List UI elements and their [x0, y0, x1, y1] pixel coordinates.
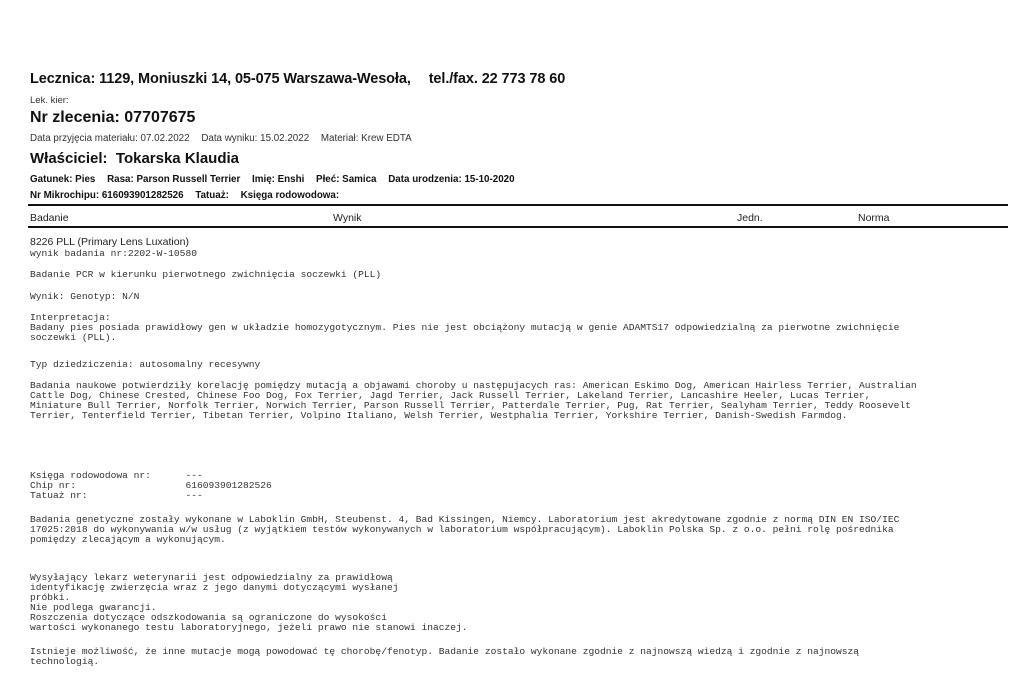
clinic-label: Lecznica: — [30, 71, 95, 87]
animal-breed: Rasa: Parson Russell Terrier — [107, 174, 240, 185]
clinic-address: 1129, Moniuszki 14, 05-075 Warszawa-Weso… — [99, 71, 411, 87]
laboratory-info: Badania genetyczne zostały wykonane w La… — [30, 515, 899, 545]
date-received: Data przyjęcia materiału: 07.02.2022 — [30, 133, 190, 144]
order-number: 07707675 — [124, 109, 195, 126]
date-result: Data wyniku: 15.02.2022 — [201, 133, 309, 144]
order-label: Nr zlecenia: — [30, 109, 120, 126]
clinic-phone: tel./fax. 22 773 78 60 — [429, 71, 565, 87]
pedigree-label: Księga rodowodowa: — [241, 190, 340, 201]
interpretation: Interpretacja: Badany pies posiada prawi… — [30, 313, 899, 343]
column-header-norma: Norma — [858, 212, 890, 224]
order-number-heading: Nr zlecenia: 07707675 — [30, 109, 195, 127]
column-header-jedn: Jedn. — [737, 212, 763, 224]
column-header-badanie: Badanie — [30, 212, 69, 224]
table-header-rule — [28, 226, 1008, 228]
identification-line: Nr Mikrochipu: 616093901282526 Tatuaż: K… — [30, 190, 348, 201]
inheritance-type: Typ dziedziczenia: autosomalny recesywny — [30, 360, 260, 370]
column-header-wynik: Wynik — [333, 212, 362, 224]
table-top-rule — [28, 204, 1008, 206]
genotype-result: Wynik: Genotyp: N/N — [30, 292, 139, 302]
tattoo-label: Tatuaż: — [195, 190, 229, 201]
animal-sex: Płeć: Samica — [316, 174, 376, 185]
test-name: 8226 PLL (Primary Lens Luxation) — [30, 236, 189, 248]
owner-label: Właściciel: — [30, 150, 108, 167]
test-method: Badanie PCR w kierunku pierwotnego zwich… — [30, 270, 381, 280]
animal-info-line: Gatunek: Pies Rasa: Parson Russell Terri… — [30, 174, 524, 185]
affected-breeds: Badania naukowe potwierdziły korelację p… — [30, 381, 917, 421]
clinic-header: Lecznica: 1129, Moniuszki 14, 05-075 War… — [30, 71, 565, 87]
material: Materiał: Krew EDTA — [321, 133, 412, 144]
dates-line: Data przyjęcia materiału: 07.02.2022 Dat… — [30, 133, 421, 144]
animal-species: Gatunek: Pies — [30, 174, 95, 185]
animal-name: Imię: Enshi — [252, 174, 304, 185]
owner-heading: Właściciel: Tokarska Klaudia — [30, 150, 239, 167]
microchip-number: Nr Mikrochipu: 616093901282526 — [30, 190, 184, 201]
lek-kier-label: Lek. kier: — [30, 95, 69, 106]
identifiers-block: Księga rodowodowa nr: --- Chip nr: 61609… — [30, 471, 272, 501]
animal-birth-date: Data urodzenia: 15-10-2020 — [388, 174, 514, 185]
disclaimer: Wysyłający lekarz weterynarii jest odpow… — [30, 573, 468, 633]
closing-note: Istnieje możliwość, że inne mutacje mogą… — [30, 647, 859, 667]
owner-name: Tokarska Klaudia — [116, 150, 239, 167]
result-number: wynik badania nr:2202-W-10580 — [30, 249, 197, 259]
